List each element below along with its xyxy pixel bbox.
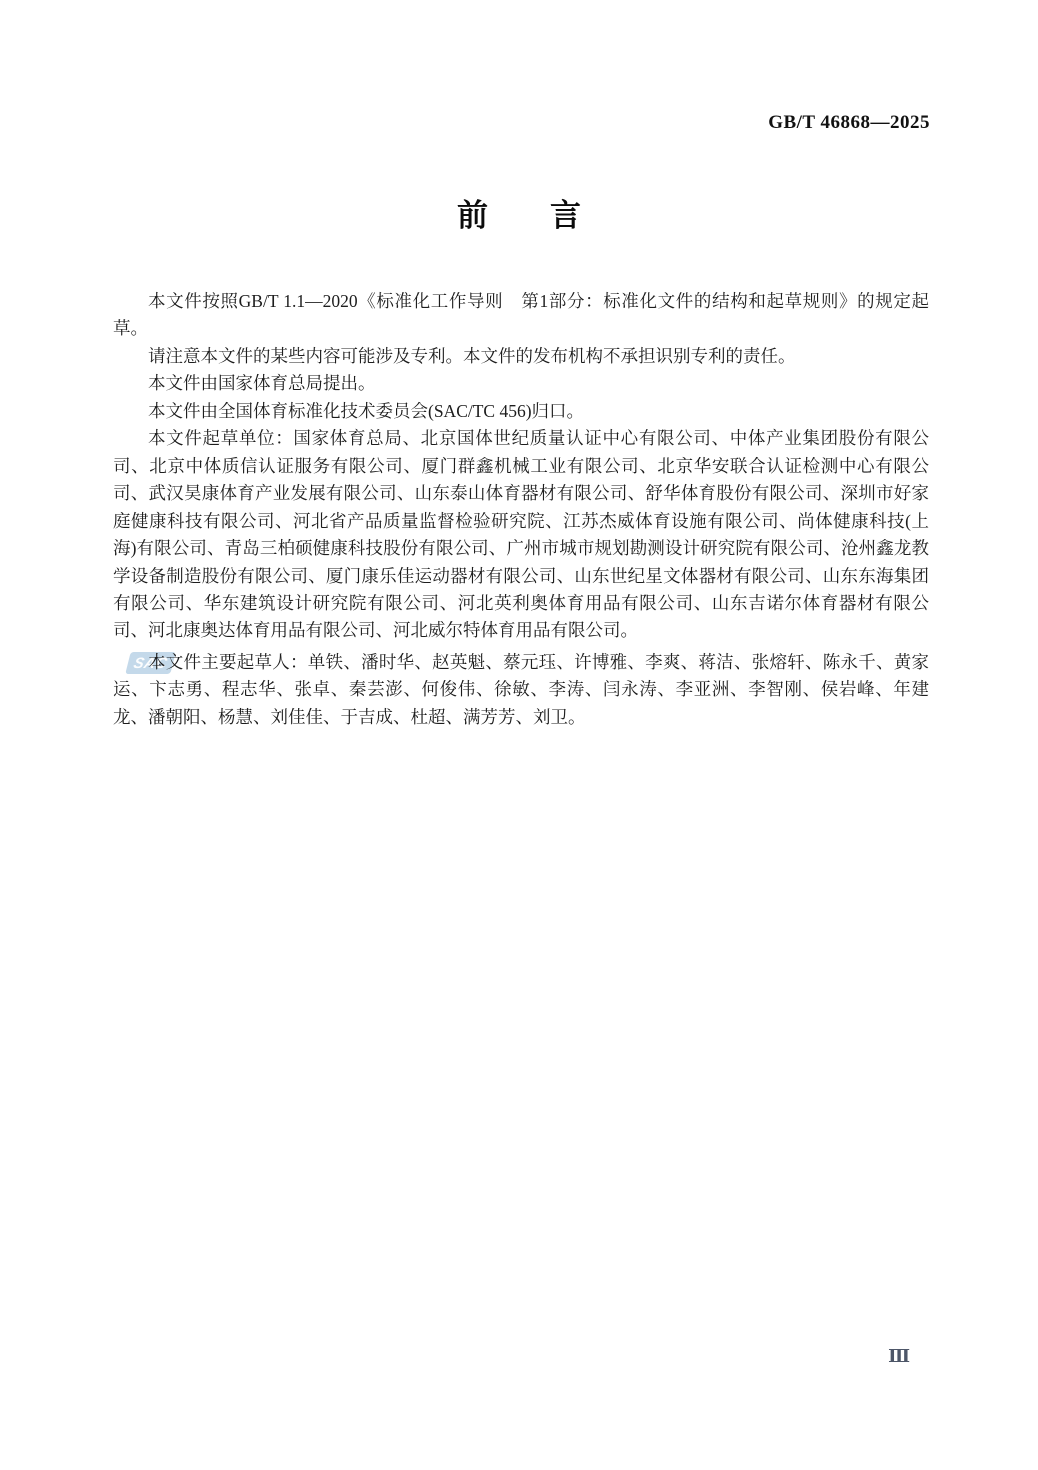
foreword-paragraph-committee: 本文件由全国体育标准化技术委员会(SAC/TC 456)归口。 [113, 398, 929, 425]
foreword-paragraph-proposer: 本文件由国家体育总局提出。 [113, 370, 929, 397]
foreword-paragraph-drafting-units: 本文件起草单位：国家体育总局、北京国体世纪质量认证中心有限公司、中体产业集团股份… [113, 425, 929, 645]
foreword-paragraph-patent-notice: 请注意本文件的某些内容可能涉及专利。本文件的发布机构不承担识别专利的责任。 [113, 343, 929, 370]
document-page: GB/T 46868—2025 前 言 SAC 本文件按照GB/T 1.1—20… [0, 0, 1038, 1470]
foreword-title: 前 言 [0, 190, 1038, 235]
foreword-paragraph-drafting-basis: 本文件按照GB/T 1.1—2020《标准化工作导则 第1部分：标准化文件的结构… [113, 288, 929, 343]
standard-code-header: GB/T 46868—2025 [768, 112, 930, 134]
foreword-body: 本文件按照GB/T 1.1—2020《标准化工作导则 第1部分：标准化文件的结构… [113, 288, 929, 731]
page-number: Ⅲ [888, 1346, 910, 1367]
foreword-paragraph-drafters: 本文件主要起草人：单铁、潘时华、赵英魁、蔡元珏、许博雅、李爽、蒋洁、张熔轩、陈永… [113, 649, 929, 731]
